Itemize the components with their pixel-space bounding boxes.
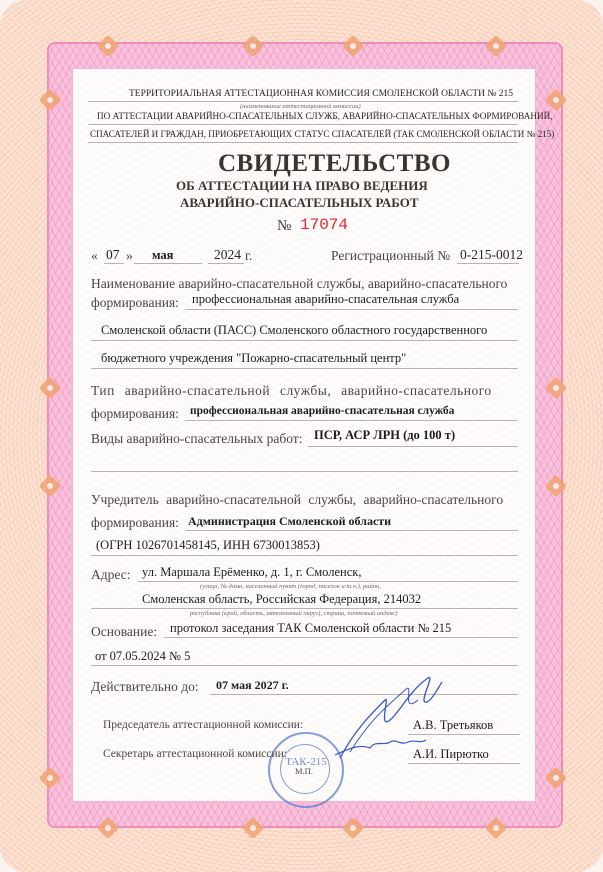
rule: [91, 340, 518, 341]
rule: [91, 368, 518, 369]
founder-value-1: Администрация Смоленской области: [188, 514, 391, 529]
service-name-label-1: Наименование аварийно-спасательной служб…: [91, 276, 507, 292]
rule: [164, 637, 518, 638]
basis-label: Основание:: [91, 624, 157, 640]
rule: [308, 446, 518, 447]
rule: [91, 555, 518, 556]
service-name-value-2: Смоленской области (ПАСС) Смоленского об…: [101, 323, 487, 338]
rule: [134, 263, 202, 264]
seal-place-label: М.П.: [295, 766, 313, 776]
certificate-title: СВИДЕТЕЛЬСТВО: [218, 150, 451, 178]
service-name-value-3: бюджетного учреждения "Пожарно-спасатель…: [101, 351, 406, 366]
number-sign: №: [277, 218, 291, 235]
chairman-label: Председатель аттестационной комиссии:: [103, 719, 303, 731]
service-type-label-1: Тип аварийно-спасательной службы, аварий…: [91, 383, 492, 399]
address-label: Адрес:: [91, 567, 130, 583]
work-types-value: ПСР, АСР ЛРН (до 100 т): [314, 428, 455, 443]
address-caption-1: (улица, № дома, населенный пункт (город,…: [200, 583, 381, 590]
header-line-2: ПО АТТЕСТАЦИИ АВАРИЙНО-СПАСАТЕЛЬНЫХ СЛУЖ…: [97, 111, 553, 121]
registration-label: Регистрационный №: [331, 248, 450, 264]
commission-caption: (наименование аттестационной комиссии): [240, 103, 361, 110]
rule: [185, 309, 518, 310]
valid-until-value: 07 мая 2027 г.: [216, 678, 289, 693]
date-open-quote: «: [91, 248, 98, 264]
service-name-label-2: формирования:: [91, 295, 179, 311]
valid-until-label: Действительно до:: [91, 679, 199, 695]
certificate-subtitle-1: ОБ АТТЕСТАЦИИ НА ПРАВО ВЕДЕНИЯ: [176, 178, 428, 194]
service-name-value-1: профессиональная аварийно-спасательная с…: [192, 292, 459, 307]
date-year: 2024: [214, 247, 241, 263]
founder-label-1: Учредитель аварийно-спасательной службы,…: [91, 492, 503, 508]
rule: [185, 530, 518, 531]
rule: [91, 608, 518, 609]
basis-value-2: от 07.05.2024 № 5: [95, 649, 190, 664]
rule: [104, 263, 124, 264]
service-type-value: профессиональная аварийно-спасательная с…: [190, 405, 454, 417]
rule: [138, 581, 518, 582]
rule: [88, 142, 518, 143]
rule: [88, 124, 518, 125]
rule: [91, 665, 518, 666]
rule: [208, 263, 244, 264]
signature-icon: [330, 660, 450, 770]
date-close-quote: »: [126, 248, 133, 264]
date-month: мая: [152, 248, 173, 263]
rule: [185, 420, 518, 421]
address-caption-2: республика (край, область, автономный ок…: [190, 610, 397, 617]
commission-name: ТЕРРИТОРИАЛЬНАЯ АТТЕСТАЦИОННАЯ КОМИССИЯ …: [129, 89, 513, 99]
rule: [88, 101, 518, 102]
founder-label-2: формирования:: [91, 515, 179, 531]
date-day: 07: [106, 247, 120, 263]
date-year-suffix: г.: [245, 248, 252, 264]
rule: [91, 471, 518, 472]
header-line-3: СПАСАТЕЛЕЙ И ГРАЖДАН, ПРИОБРЕТАЮЩИХ СТАТ…: [90, 129, 554, 139]
registration-value: 0-215-0012: [460, 247, 523, 263]
secretary-label: Секретарь аттестационной комиссии:: [103, 748, 287, 760]
work-types-label: Виды аварийно-спасательных работ:: [91, 431, 302, 447]
address-value-1: ул. Маршала Ерёменко, д. 1, г. Смоленск,: [142, 565, 361, 580]
basis-value-1: протокол заседания ТАК Смоленской област…: [170, 621, 451, 636]
service-type-label-2: формирования:: [91, 406, 179, 422]
address-value-2: Смоленская область, Российская Федерация…: [142, 592, 421, 607]
certificate-number: 17074: [300, 216, 348, 234]
rule: [457, 263, 519, 264]
certificate-subtitle-2: АВАРИЙНО-СПАСАТЕЛЬНЫХ РАБОТ: [180, 195, 419, 211]
founder-value-2: (ОГРН 1026701458145, ИНН 6730013853): [96, 538, 320, 553]
